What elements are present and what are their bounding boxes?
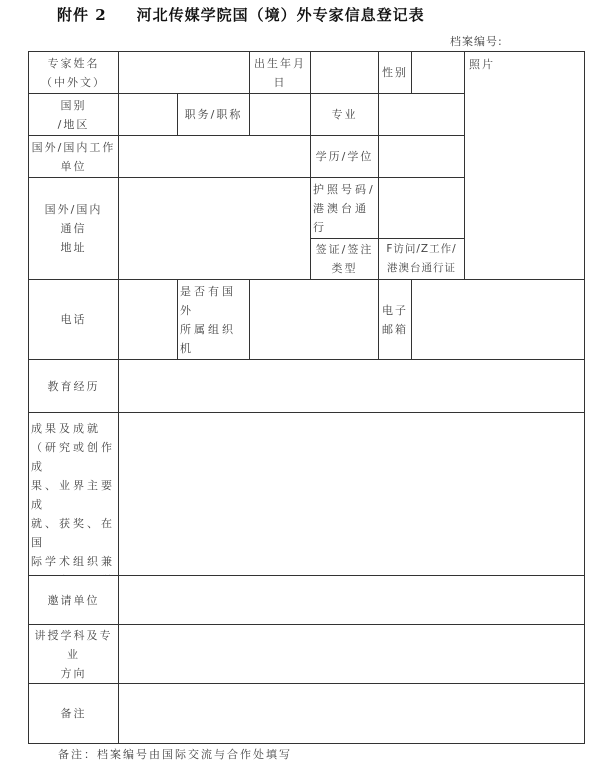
form-title: 河北传媒学院国（境）外专家信息登记表	[137, 6, 425, 24]
remarks-label: 备注	[61, 704, 87, 723]
major-label: 专业	[332, 105, 358, 124]
footer-note: 备注：档案编号由国际交流与合作处填写	[58, 746, 292, 762]
work-unit-label-cell: 国外/国内工作 单位	[28, 135, 119, 178]
position-label-cell: 职务/职称	[177, 93, 250, 136]
address-label: 国外/国内 通信 地址	[45, 200, 103, 257]
position-input[interactable]	[249, 93, 311, 136]
email-label: 电子 邮箱	[382, 301, 408, 339]
gender-label-cell: 性别	[378, 51, 412, 94]
country-label: 国别 /地区	[58, 96, 90, 134]
address-label-cell: 国外/国内 通信 地址	[28, 177, 119, 280]
inviting-unit-label-cell: 邀请单位	[28, 575, 119, 625]
archive-number-label: 档案编号:	[450, 33, 503, 49]
gender-label: 性别	[382, 63, 408, 82]
achievements-input[interactable]	[118, 412, 585, 576]
name-label: 专家姓名 （中外文）	[41, 54, 106, 92]
subject-label-cell: 讲授学科及专业 方向	[28, 624, 119, 684]
photo-label: 照片	[469, 55, 495, 74]
phone-label: 电话	[61, 310, 87, 329]
position-label: 职务/职称	[185, 105, 243, 124]
visa-options: F访问/Z工作/ 港澳台通行证	[386, 240, 456, 278]
name-label-cell: 专家姓名 （中外文）	[28, 51, 119, 94]
photo-cell[interactable]: 照片	[464, 51, 585, 280]
subject-label: 讲授学科及专业 方向	[29, 626, 118, 683]
work-unit-input[interactable]	[118, 135, 311, 178]
work-unit-label: 国外/国内工作 单位	[32, 138, 116, 176]
visa-type-cell[interactable]: F访问/Z工作/ 港澳台通行证	[378, 238, 465, 280]
page-title: 附件 2河北传媒学院国（境）外专家信息登记表	[57, 4, 425, 25]
visa-label: 签证/签注 类型	[316, 240, 374, 278]
major-label-cell: 专业	[310, 93, 379, 136]
major-input[interactable]	[378, 93, 465, 136]
email-input[interactable]	[411, 279, 585, 360]
visa-label-cell: 签证/签注 类型	[310, 238, 379, 280]
remarks-input[interactable]	[118, 683, 585, 744]
phone-input[interactable]	[118, 279, 178, 360]
education-input[interactable]	[118, 359, 585, 413]
country-input[interactable]	[118, 93, 178, 136]
email-label-cell: 电子 邮箱	[378, 279, 412, 360]
degree-label: 学历/学位	[316, 147, 374, 166]
degree-label-cell: 学历/学位	[310, 135, 379, 178]
passport-label-cell: 护照号码/ 港澳台通行 证号码	[310, 177, 379, 239]
phone-label-cell: 电话	[28, 279, 119, 360]
org-input[interactable]	[249, 279, 379, 360]
country-label-cell: 国别 /地区	[28, 93, 119, 136]
inviting-unit-input[interactable]	[118, 575, 585, 625]
birth-label: 出生年月 日	[254, 54, 306, 92]
gender-input[interactable]	[411, 51, 465, 94]
name-input[interactable]	[118, 51, 250, 94]
birth-label-cell: 出生年月 日	[249, 51, 311, 94]
passport-input[interactable]	[378, 177, 465, 239]
annex-label: 附件 2	[57, 6, 107, 24]
birth-input[interactable]	[310, 51, 379, 94]
achievements-label-cell: 成果及成就 （研究或创作成 果、业界主要成 就、获奖、在国 际学术组织兼 职、在…	[28, 412, 119, 576]
education-label-cell: 教育经历	[28, 359, 119, 413]
remarks-label-cell: 备注	[28, 683, 119, 744]
inviting-unit-label: 邀请单位	[48, 591, 100, 610]
subject-input[interactable]	[118, 624, 585, 684]
education-label: 教育经历	[48, 377, 100, 396]
degree-input[interactable]	[378, 135, 465, 178]
address-input[interactable]	[118, 177, 311, 280]
org-label-cell: 是否有国外 所属组织机 构（如有，请 填写）	[177, 279, 250, 360]
